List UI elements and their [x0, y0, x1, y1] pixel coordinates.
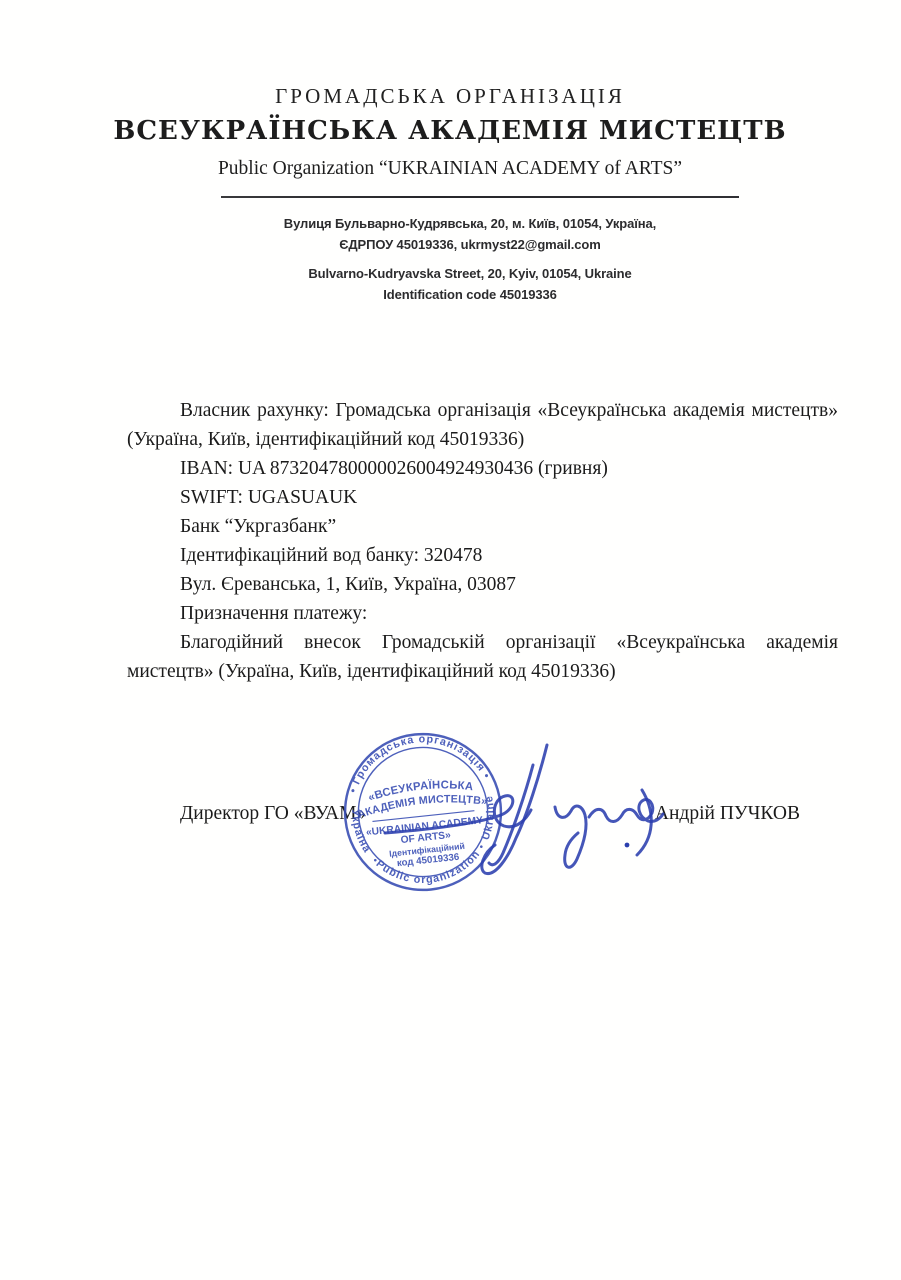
- bank-name-line: Банк “Укргазбанк”: [127, 512, 838, 541]
- bank-code-line: Ідентифікаційний вод банку: 320478: [127, 541, 838, 570]
- body-text: Власник рахунку: Громадська організація …: [127, 396, 838, 686]
- org-name-heading: ВСЕУКРАЇНСЬКА АКАДЕМІЯ МИСТЕЦТВ: [30, 116, 870, 146]
- director-title: Директор ГО «ВУАМ»: [180, 803, 366, 825]
- document-page: ГРОМАДСЬКА ОРГАНІЗАЦІЯ ВСЕУКРАЇНСЬКА АКА…: [0, 0, 901, 1280]
- payment-purpose-paragraph: Благодійний внесок Громадській організац…: [127, 628, 838, 686]
- bank-address-line: Вул. Єреванська, 1, Київ, Україна, 03087: [127, 570, 838, 599]
- swift-line: SWIFT: UGASUAUK: [127, 483, 838, 512]
- address-uk-line2: ЄДРПОУ 45019336, ukrmyst22@gmail.com: [130, 234, 810, 255]
- address-uk-line1: Вулиця Бульварно-Кудрявська, 20, м. Київ…: [130, 213, 810, 234]
- header-divider: [221, 196, 739, 198]
- payment-purpose-label: Призначення платежу:: [127, 599, 838, 628]
- account-holder-paragraph: Власник рахунку: Громадська організація …: [127, 396, 838, 454]
- org-type-heading: ГРОМАДСЬКА ОРГАНІЗАЦІЯ: [30, 84, 870, 109]
- address-en-line2: Identification code 45019336: [130, 284, 810, 305]
- iban-line: IBAN: UA 873204780000026004924930436 (гр…: [127, 454, 838, 483]
- director-name: Андрій ПУЧКОВ: [655, 803, 800, 825]
- address-en-line1: Bulvarno-Kudryavska Street, 20, Kyiv, 01…: [130, 263, 810, 284]
- org-name-english: Public Organization “UKRAINIAN ACADEMY o…: [30, 158, 870, 180]
- address-block: Вулиця Бульварно-Кудрявська, 20, м. Київ…: [130, 213, 810, 305]
- letterhead: ГРОМАДСЬКА ОРГАНІЗАЦІЯ ВСЕУКРАЇНСЬКА АКА…: [30, 84, 870, 180]
- director-handwritten-signature: [375, 735, 675, 885]
